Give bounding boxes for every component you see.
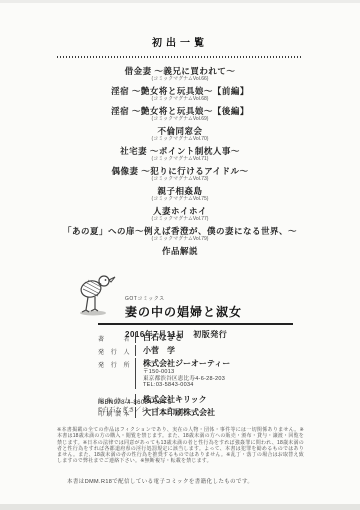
legal-text: ※本書掲載の全ての作品はフィクションであり、実在の人物・団体・事件等には一切関係… — [57, 427, 304, 465]
chapter-title: 淫宿 〜艶女将と玩具娘〜【前編】 — [0, 86, 360, 96]
row-value: 白石なぎさ — [135, 332, 183, 343]
chapter-title: 親子相姦島 — [0, 186, 360, 196]
chapter-title: 「あの夏」への扉〜例えば香澄が、僕の妻になる世界、〜 — [0, 226, 360, 236]
chapter-source: (コミックマグナムVol.68) — [0, 96, 360, 103]
chapter-title: 人妻ホイホイ — [0, 206, 360, 216]
chapter-source: (コミックマグナムVol.77) — [0, 216, 360, 223]
legal-disclaimer: ※本書掲載の全ての作品はフィクションであり、実在の人物・団体・事件等には一切関係… — [57, 427, 304, 465]
publisher-tel: TEL:03-5843-0034 — [143, 382, 230, 389]
chapter-title: 作品解説 — [0, 246, 360, 256]
list-item: 「あの夏」への扉〜例えば香澄が、僕の妻になる世界、〜 (コミックマグナムVol.… — [0, 226, 360, 243]
table-row: 発行所 株式会社ジーオーティー 〒150-0013 東京都渋谷区恵比寿4-6-2… — [98, 358, 298, 389]
chapter-source: (コミックマグナムVol.71) — [0, 156, 360, 163]
row-value: 株式会社ジーオーティー 〒150-0013 東京都渋谷区恵比寿4-6-28-20… — [135, 358, 230, 389]
row-label: 著 者 — [98, 332, 130, 343]
chapter-source: (コミックマグナムVol.69) — [0, 116, 360, 123]
isbn-block: ISBN978-4-86084-884-5 ©白石なぎさ／ジーオーティー — [98, 399, 185, 415]
list-item: 親子相姦島 (コミックマグナムVol.75) — [0, 186, 360, 203]
chapter-title: 社宅妻 〜ポイント制枕人事〜 — [0, 146, 360, 156]
chapter-title: 淫宿 〜艶女将と玩具娘〜【後編】 — [0, 106, 360, 116]
imprint-label: GOTコミックス — [125, 295, 293, 302]
chapter-source: (コミックマグナムVol.75) — [0, 196, 360, 203]
row-label: 発行所 — [98, 358, 130, 389]
chapter-source: (コミックマグナムVol.70) — [0, 136, 360, 143]
scan-edge-top — [0, 0, 360, 3]
chapter-title: 借金妻 〜義兄に買われて〜 — [0, 66, 360, 76]
list-item: 淫宿 〜艶女将と玩具娘〜【後編】 (コミックマグナムVol.69) — [0, 106, 360, 123]
list-item: 淫宿 〜艶女将と玩具娘〜【前編】 (コミックマグナムVol.68) — [0, 86, 360, 103]
chapter-source: (コミックマグナムVol.66) — [0, 76, 360, 83]
chapter-source: (コミックマグナムVol.79) — [0, 236, 360, 243]
chapter-title: 不倫同窓会 — [0, 126, 360, 136]
digital-edition-note: 本書はDMM.R18で配信している電子コミックを書籍化したものです。 — [67, 477, 253, 485]
title-underline — [98, 323, 293, 325]
list-item: 人妻ホイホイ (コミックマグナムVol.77) — [0, 206, 360, 223]
list-item: 作品解説 — [0, 246, 360, 256]
list-item: 社宅妻 〜ポイント制枕人事〜 (コミックマグナムVol.71) — [0, 146, 360, 163]
colophon-page: 初出一覧 借金妻 〜義兄に買われて〜 (コミックマグナムVol.66) 淫宿 〜… — [0, 0, 360, 510]
first-publication-section: 初出一覧 借金妻 〜義兄に買われて〜 (コミックマグナムVol.66) 淫宿 〜… — [0, 34, 360, 259]
scan-edge-bottom — [0, 504, 360, 510]
chapter-title: 偶像妻 〜犯りに行けるアイドル〜 — [0, 166, 360, 176]
list-item: 借金妻 〜義兄に買われて〜 (コミックマグナムVol.66) — [0, 66, 360, 83]
dotted-divider — [57, 56, 303, 58]
list-item: 偶像妻 〜犯りに行けるアイドル〜 (コミックマグナムVol.73) — [0, 166, 360, 183]
isbn-number: ISBN978-4-86084-884-5 — [98, 399, 185, 407]
copyright-line: ©白石なぎさ／ジーオーティー — [98, 407, 185, 415]
table-row: 発行人 小菅 学 — [98, 345, 298, 356]
row-value: 小菅 学 — [135, 345, 175, 356]
book-title: 妻の中の娼婦と淑女 — [125, 303, 293, 320]
table-row: 著 者 白石なぎさ — [98, 332, 298, 343]
list-item: 不倫同窓会 (コミックマグナムVol.70) — [0, 126, 360, 143]
chapter-source: (コミックマグナムVol.73) — [0, 176, 360, 183]
publisher-name: 株式会社ジーオーティー — [143, 359, 230, 368]
row-label: 発行人 — [98, 345, 130, 356]
first-publication-heading: 初出一覧 — [0, 34, 360, 49]
